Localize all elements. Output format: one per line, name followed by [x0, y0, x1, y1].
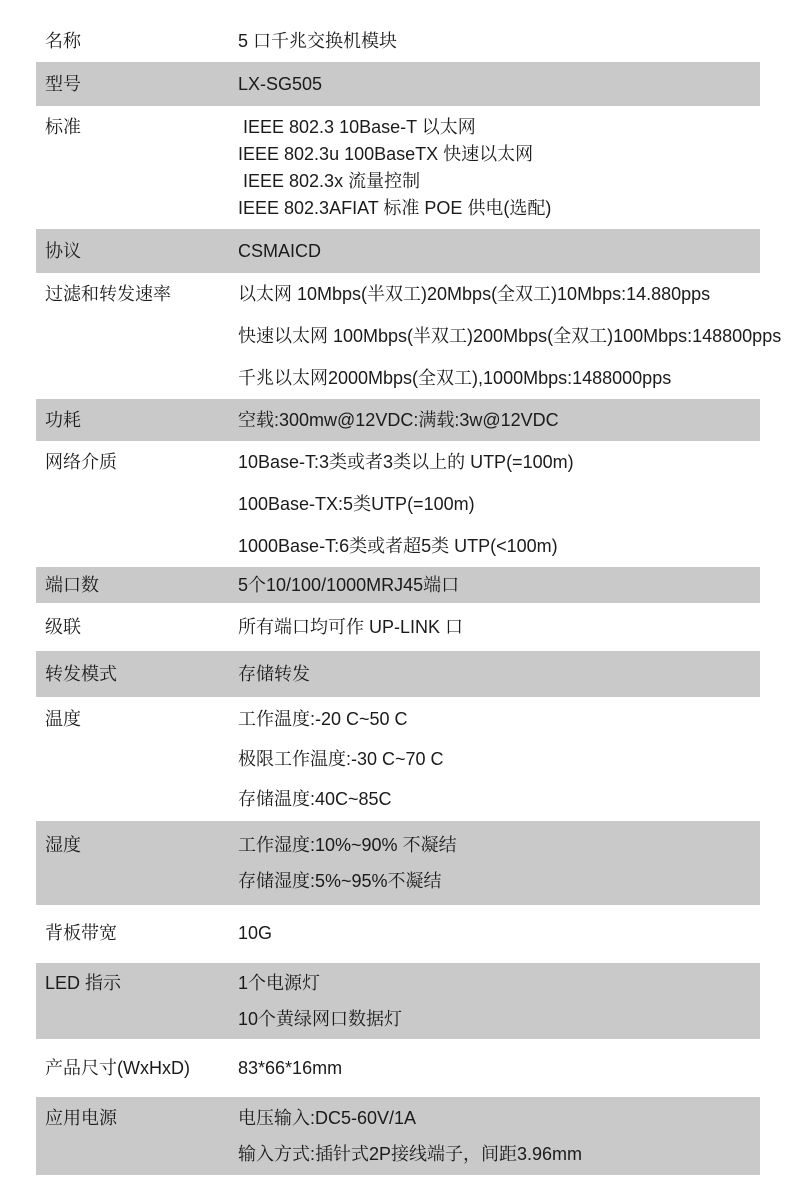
spec-label: 协议 [36, 239, 238, 263]
spec-label: LED 指示 [36, 965, 238, 1037]
spec-label: 名称 [36, 29, 238, 53]
spec-value-line: LX-SG505 [238, 72, 760, 96]
spec-label: 型号 [36, 72, 238, 96]
spec-value-line: IEEE 802.3AFIAT 标准 POE 供电(选配) [238, 195, 760, 222]
spec-value-line: 5个10/100/1000MRJ45端口 [238, 573, 760, 597]
spec-value: CSMAICD [238, 239, 760, 263]
spec-value: LX-SG505 [238, 72, 760, 96]
spec-value-line: 1个电源灯 [238, 965, 760, 1001]
spec-value-line: 存储温度:40C~85C [238, 779, 760, 819]
spec-value-line: 1000Base-T:6类或者超5类 UTP(<100m) [238, 525, 760, 567]
spec-label: 功耗 [36, 408, 238, 432]
spec-row-uplink: 级联 所有端口均可作 UP-LINK 口 [36, 603, 760, 651]
spec-value-line: 100Base-TX:5类UTP(=100m) [238, 483, 760, 525]
spec-row-port-count: 端口数 5个10/100/1000MRJ45端口 [36, 567, 760, 603]
spec-label: 背板带宽 [36, 921, 238, 945]
spec-value-line: 存储湿度:5%~95%不凝结 [238, 863, 760, 899]
spec-value: IEEE 802.3 10Base-T 以太网 IEEE 802.3u 100B… [238, 114, 760, 222]
spec-label: 级联 [36, 615, 238, 639]
spec-value-line: 空载:300mw@12VDC:满载:3w@12VDC [238, 408, 760, 432]
spec-value-line: 工作湿度:10%~90% 不凝结 [238, 827, 760, 863]
spec-value-line: IEEE 802.3u 100BaseTX 快速以太网 [238, 141, 760, 168]
spec-value-line: CSMAICD [238, 239, 760, 263]
spec-value: 10Base-T:3类或者3类以上的 UTP(=100m) 100Base-TX… [238, 441, 760, 567]
spec-value-line: 快速以太网 100Mbps(半双工)200Mbps(全双工)100Mbps:14… [238, 315, 760, 357]
spec-value-line: 以太网 10Mbps(半双工)20Mbps(全双工)10Mbps:14.880p… [238, 273, 760, 315]
spec-value-line: 极限工作温度:-30 C~70 C [238, 739, 760, 779]
spec-label: 转发模式 [36, 662, 238, 686]
spec-value: 10G [238, 921, 760, 945]
spec-value-line: 所有端口均可作 UP-LINK 口 [238, 615, 760, 639]
spec-label: 端口数 [36, 573, 238, 597]
spec-row-model: 型号 LX-SG505 [36, 62, 760, 106]
spec-row-power-supply: 应用电源 电压输入:DC5-60V/1A 输入方式:插针式2P接线端子，间距3.… [36, 1097, 760, 1175]
spec-value: 83*66*16mm [238, 1056, 760, 1080]
spec-row-dimensions: 产品尺寸(WxHxD) 83*66*16mm [36, 1039, 760, 1097]
spec-label: 应用电源 [36, 1100, 238, 1172]
spec-row-backplane-bandwidth: 背板带宽 10G [36, 905, 760, 963]
spec-value-line: 83*66*16mm [238, 1056, 760, 1080]
spec-row-protocol: 协议 CSMAICD [36, 229, 760, 273]
spec-row-led-indicator: LED 指示 1个电源灯 10个黄绿网口数据灯 [36, 963, 760, 1039]
spec-value-line: 千兆以太网2000Mbps(全双工),1000Mbps:1488000pps [238, 357, 760, 399]
spec-row-name: 名称 5 口千兆交换机模块 [36, 20, 760, 62]
spec-value-line: IEEE 802.3 10Base-T 以太网 [238, 114, 760, 141]
spec-label: 标准 [36, 114, 238, 222]
spec-value-line: IEEE 802.3x 流量控制 [238, 168, 760, 195]
spec-sheet: 名称 5 口千兆交换机模块 型号 LX-SG505 标准 IEEE 802.3 … [0, 0, 790, 1195]
spec-value: 工作湿度:10%~90% 不凝结 存储湿度:5%~95%不凝结 [238, 827, 760, 899]
spec-label: 温度 [36, 699, 238, 819]
spec-value: 存储转发 [238, 662, 760, 686]
spec-label: 湿度 [36, 827, 238, 899]
spec-value-line: 工作温度:-20 C~50 C [238, 699, 760, 739]
spec-row-humidity: 湿度 工作湿度:10%~90% 不凝结 存储湿度:5%~95%不凝结 [36, 821, 760, 905]
spec-row-forwarding-mode: 转发模式 存储转发 [36, 651, 760, 697]
spec-row-network-media: 网络介质 10Base-T:3类或者3类以上的 UTP(=100m) 100Ba… [36, 441, 760, 567]
spec-label: 过滤和转发速率 [36, 273, 238, 399]
spec-value: 所有端口均可作 UP-LINK 口 [238, 615, 760, 639]
spec-row-power-consumption: 功耗 空载:300mw@12VDC:满载:3w@12VDC [36, 399, 760, 441]
spec-value: 工作温度:-20 C~50 C 极限工作温度:-30 C~70 C 存储温度:4… [238, 699, 760, 819]
spec-value: 5个10/100/1000MRJ45端口 [238, 573, 760, 597]
spec-value-line: 电压输入:DC5-60V/1A [238, 1100, 760, 1136]
spec-label: 产品尺寸(WxHxD) [36, 1056, 238, 1080]
spec-value-line: 输入方式:插针式2P接线端子，间距3.96mm [238, 1136, 760, 1172]
spec-value: 以太网 10Mbps(半双工)20Mbps(全双工)10Mbps:14.880p… [238, 273, 760, 399]
spec-value: 空载:300mw@12VDC:满载:3w@12VDC [238, 408, 760, 432]
spec-value-line: 10G [238, 921, 760, 945]
spec-value-line: 10Base-T:3类或者3类以上的 UTP(=100m) [238, 441, 760, 483]
spec-value: 1个电源灯 10个黄绿网口数据灯 [238, 965, 760, 1037]
spec-value: 5 口千兆交换机模块 [238, 29, 760, 53]
spec-label: 网络介质 [36, 441, 238, 567]
spec-value-line: 10个黄绿网口数据灯 [238, 1001, 760, 1037]
spec-value: 电压输入:DC5-60V/1A 输入方式:插针式2P接线端子，间距3.96mm [238, 1100, 760, 1172]
spec-value-line: 存储转发 [238, 662, 760, 686]
spec-row-temperature: 温度 工作温度:-20 C~50 C 极限工作温度:-30 C~70 C 存储温… [36, 697, 760, 821]
spec-row-standard: 标准 IEEE 802.3 10Base-T 以太网 IEEE 802.3u 1… [36, 106, 760, 229]
spec-row-forwarding-rate: 过滤和转发速率 以太网 10Mbps(半双工)20Mbps(全双工)10Mbps… [36, 273, 760, 399]
spec-value-line: 5 口千兆交换机模块 [238, 29, 760, 53]
